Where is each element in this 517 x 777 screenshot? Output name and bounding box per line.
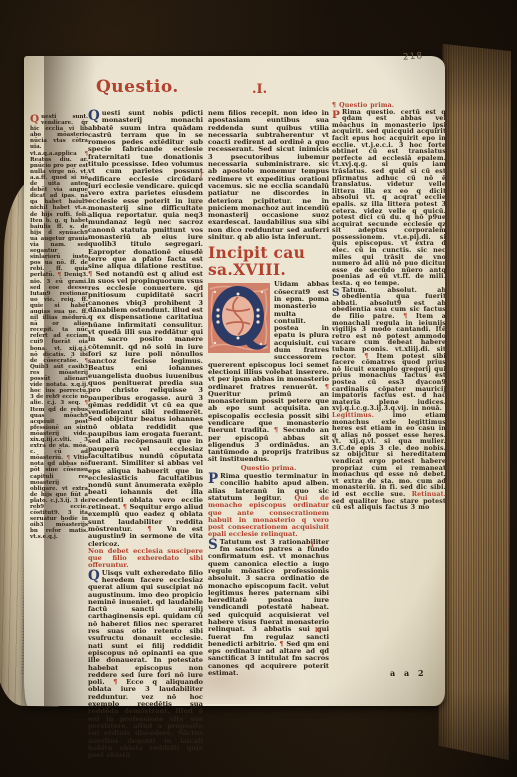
- margin-letter-i: i: [311, 541, 313, 549]
- col3-paragraph-2: Tatum. absolut. ab obedientia qua fuerit…: [332, 287, 446, 413]
- illuminated-initial-q-icon: [208, 283, 270, 353]
- rubric-non-debet: Non debet ecclesia suscipere que filio e…: [88, 548, 203, 570]
- gloss-initial-q: Q: [30, 114, 41, 125]
- col3-paragraph-1: Rima questio. certū est q qdam est abbas…: [332, 109, 446, 287]
- initial-s-blue: S: [208, 539, 220, 552]
- col1-paragraph-1: uesti sunt nobis pdicti monasterij monac…: [88, 109, 203, 548]
- faded-margin-scribble: [188, 196, 204, 210]
- incipit-heading: Incipit cau sa.XVIII.: [208, 245, 329, 278]
- gloss-column-right: ¶ Questio prima. PRima questio. certū es…: [332, 103, 446, 512]
- running-header-numeral: .I.: [252, 82, 267, 97]
- margin-pen-squiggle: ſ: [199, 170, 204, 179]
- manuscript-page: 218 Questio. .I. Questi sunt. vendicare.…: [24, 56, 445, 706]
- initial-p-red: P: [332, 110, 342, 121]
- text-column-2: nem filios recepit. non ideo in apostasi…: [208, 110, 329, 677]
- initial-q-blue: Q: [88, 570, 102, 583]
- initial-p-blue: P: [208, 473, 220, 486]
- gloss-left-text: uesti sunt. vendicare. q́r hic ecclia vi…: [30, 114, 88, 540]
- initial-s-blue: S: [332, 288, 342, 299]
- book-foredge-pages: [437, 44, 511, 760]
- handwritten-folio-number: 218: [403, 51, 424, 62]
- gloss-column-left: Questi sunt. vendicare. q́r hic ecclia v…: [30, 114, 88, 541]
- text-column-1: Questi sunt nobis pdicti monasterij mona…: [88, 110, 203, 759]
- col2-paragraph-2: Rima questio terminatur in concilio habi…: [208, 472, 329, 538]
- col1-paragraph-2: Uisqs vult exheredato filio heredem face…: [88, 569, 203, 759]
- rubric-questio-prima: Questio prima.: [208, 465, 329, 472]
- col2-paragraph-0: nem filios recepit. non ideo in apostasi…: [208, 110, 329, 241]
- incipit-line-2: sa.XVIII.: [208, 262, 329, 279]
- initial-q-blue: Q: [88, 110, 102, 123]
- running-header-questio: Questio.: [96, 77, 179, 97]
- col2-paragraph-3: Tatutum est 3 rationabiliter fm sanctos …: [208, 538, 329, 677]
- col3-paragraph-3: Legittimus. imo etiam monachus exle legi…: [332, 413, 446, 512]
- rubric-flourish-mark: ¶: [332, 102, 336, 109]
- quire-signature-mark: a a 2: [390, 668, 427, 678]
- margin-letter-k: k: [315, 626, 320, 634]
- book-photograph: 218 Questio. .I. Questi sunt. vendicare.…: [0, 0, 517, 777]
